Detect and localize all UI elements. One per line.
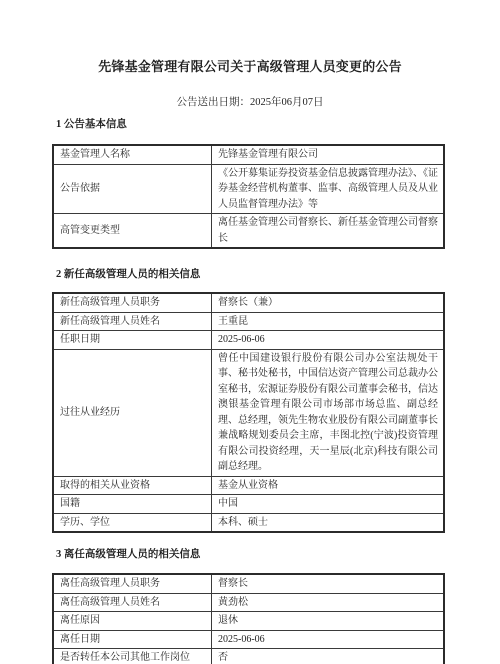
row-label-education: 学历、学位: [53, 513, 212, 532]
row-label-departure-reason: 离任原因: [53, 612, 212, 631]
announcement-send-date: 公告送出日期：2025年06月07日: [0, 96, 500, 110]
row-label-departing-name: 离任高级管理人员姓名: [53, 593, 212, 612]
basic-info-table: 基金管理人名称 先锋基金管理有限公司 公告依据 《公开募集证券投资基金信息披露管…: [52, 144, 445, 249]
row-value-career-history: 曾任中国建设银行股份有限公司办公室法规处干事、秘书处秘书，中国信达资产管理公司总…: [212, 349, 445, 476]
row-label-announcement-basis: 公告依据: [53, 164, 212, 214]
row-value-departing-name: 黄劲松: [212, 593, 445, 612]
table-row: 新任高级管理人员职务 督察长（兼）: [53, 293, 444, 312]
table-row: 高管变更类型 离任基金管理公司督察长、新任基金管理公司督察长: [53, 214, 444, 249]
row-label-qualifications: 取得的相关从业资格: [53, 476, 212, 495]
row-label-new-name: 新任高级管理人员姓名: [53, 312, 212, 331]
table-row: 过往从业经历 曾任中国建设银行股份有限公司办公室法规处干事、秘书处秘书，中国信达…: [53, 349, 444, 476]
row-value-announcement-basis: 《公开募集证券投资基金信息披露管理办法》、《证券基金经营机构董事、监事、高级管理…: [212, 164, 445, 214]
table-row: 任职日期 2025-06-06: [53, 331, 444, 350]
row-value-departure-date: 2025-06-06: [212, 630, 445, 649]
departing-executive-table: 离任高级管理人员职务 督察长 离任高级管理人员姓名 黄劲松 离任原因 退休 离任…: [52, 573, 445, 664]
table-row: 公告依据 《公开募集证券投资基金信息披露管理办法》、《证券基金经营机构董事、监事…: [53, 164, 444, 214]
table-row: 离任高级管理人员姓名 黄劲松: [53, 593, 444, 612]
row-value-departing-position: 督察长: [212, 574, 445, 593]
section-heading-new-executive: 2 新任高级管理人员的相关信息: [56, 267, 500, 283]
row-value-change-type: 离任基金管理公司督察长、新任基金管理公司督察长: [212, 214, 445, 249]
row-label-new-position: 新任高级管理人员职务: [53, 293, 212, 312]
table-row: 新任高级管理人员姓名 王重昆: [53, 312, 444, 331]
row-value-qualifications: 基金从业资格: [212, 476, 445, 495]
row-value-education: 本科、硕士: [212, 513, 445, 532]
table-row: 离任原因 退休: [53, 612, 444, 631]
table-row: 离任日期 2025-06-06: [53, 630, 444, 649]
row-label-nationality: 国籍: [53, 495, 212, 514]
table-row: 取得的相关从业资格 基金从业资格: [53, 476, 444, 495]
row-label-career-history: 过往从业经历: [53, 349, 212, 476]
new-executive-table: 新任高级管理人员职务 督察长（兼） 新任高级管理人员姓名 王重昆 任职日期 20…: [52, 292, 445, 533]
row-value-departure-reason: 退休: [212, 612, 445, 631]
table-row: 基金管理人名称 先锋基金管理有限公司: [53, 145, 444, 164]
section-heading-departing-executive: 3 离任高级管理人员的相关信息: [56, 547, 500, 563]
row-label-departing-position: 离任高级管理人员职务: [53, 574, 212, 593]
row-value-new-position: 督察长（兼）: [212, 293, 445, 312]
row-value-transfer-other-post: 否: [212, 649, 445, 664]
table-row: 国籍 中国: [53, 495, 444, 514]
row-value-new-name: 王重昆: [212, 312, 445, 331]
table-row: 学历、学位 本科、硕士: [53, 513, 444, 532]
row-value-manager-name: 先锋基金管理有限公司: [212, 145, 445, 164]
announcement-document: 先锋基金管理有限公司关于高级管理人员变更的公告 公告送出日期：2025年06月0…: [0, 0, 500, 664]
row-label-appointment-date: 任职日期: [53, 331, 212, 350]
row-value-nationality: 中国: [212, 495, 445, 514]
row-label-change-type: 高管变更类型: [53, 214, 212, 249]
row-label-manager-name: 基金管理人名称: [53, 145, 212, 164]
section-heading-basic-info: 1 公告基本信息: [56, 117, 500, 133]
document-title: 先锋基金管理有限公司关于高级管理人员变更的公告: [0, 0, 500, 77]
row-value-appointment-date: 2025-06-06: [212, 331, 445, 350]
row-label-departure-date: 离任日期: [53, 630, 212, 649]
table-row: 是否转任本公司其他工作岗位 否: [53, 649, 444, 664]
table-row: 离任高级管理人员职务 督察长: [53, 574, 444, 593]
row-label-transfer-other-post: 是否转任本公司其他工作岗位: [53, 649, 212, 664]
